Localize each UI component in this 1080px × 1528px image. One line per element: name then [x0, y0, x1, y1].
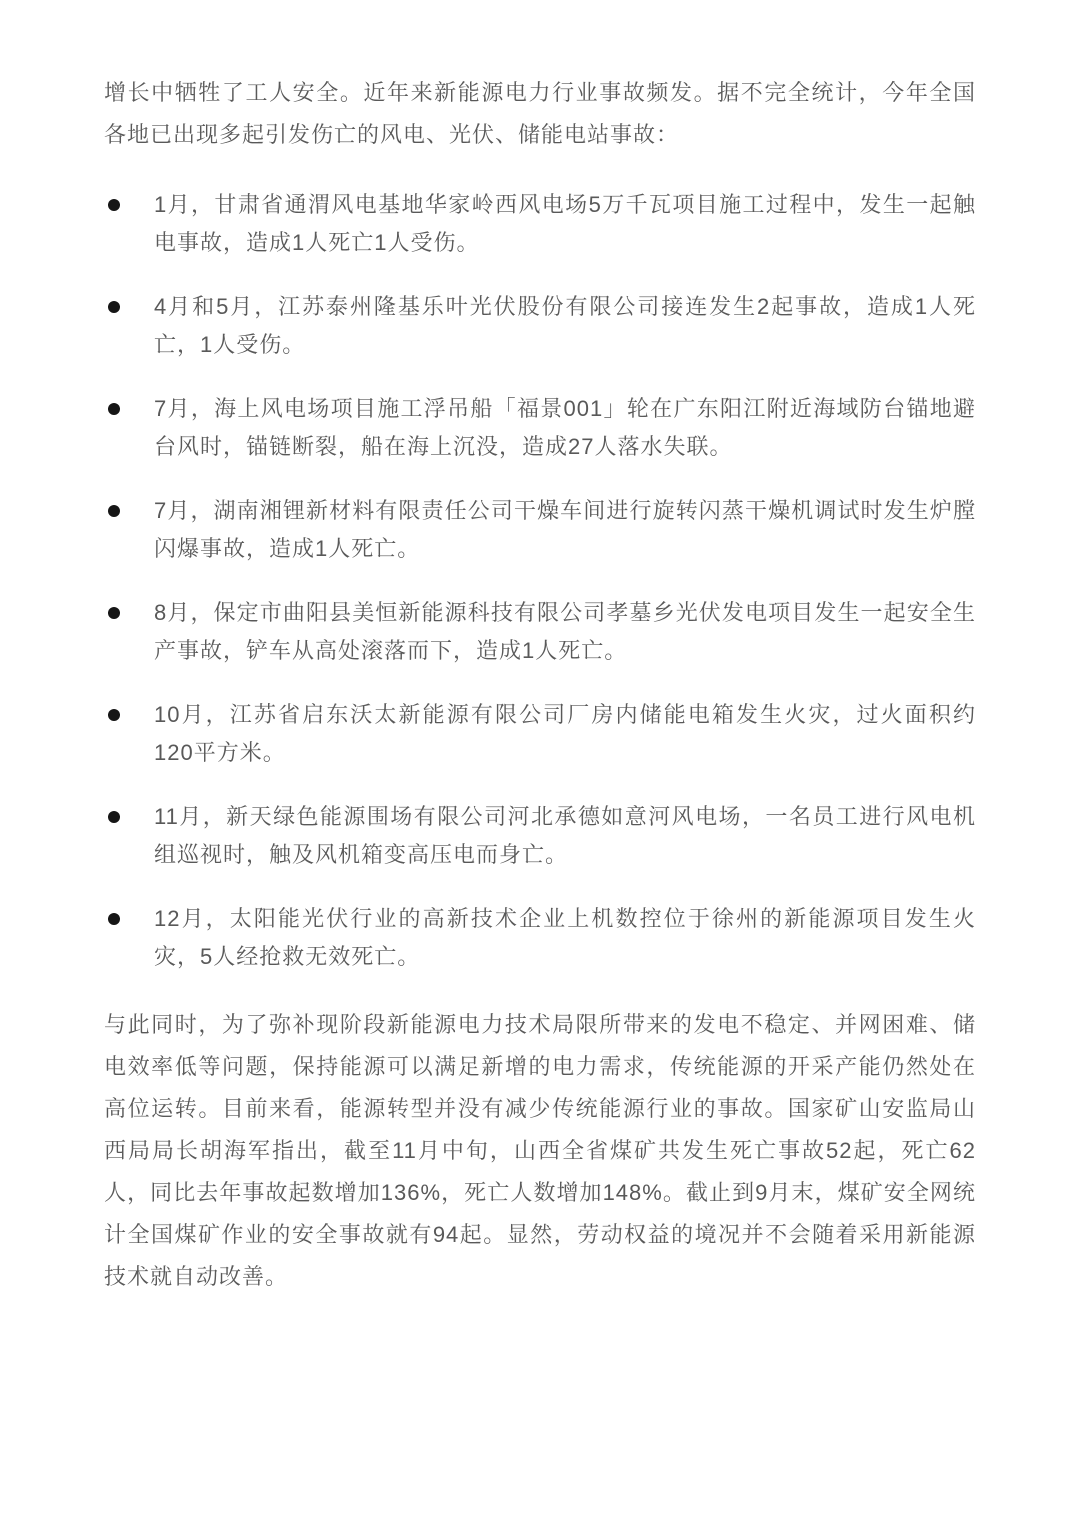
list-item: 8月，保定市曲阳县美恒新能源科技有限公司孝墓乡光伏发电项目发生一起安全生产事故，… — [104, 594, 976, 670]
closing-paragraph: 与此同时，为了弥补现阶段新能源电力技术局限所带来的发电不稳定、并网困难、储电效率… — [104, 1004, 976, 1298]
intro-paragraph: 增长中牺牲了工人安全。近年来新能源电力行业事故频发。据不完全统计，今年全国各地已… — [104, 72, 976, 156]
list-item: 12月，太阳能光伏行业的高新技术企业上机数控位于徐州的新能源项目发生火灾，5人经… — [104, 900, 976, 976]
list-item-text: 1月，甘肃省通渭风电基地华家岭西风电场5万千瓦项目施工过程中，发生一起触电事故，… — [154, 192, 976, 255]
bullet-dot-icon — [108, 301, 120, 313]
bullet-dot-icon — [108, 199, 120, 211]
list-item: 1月，甘肃省通渭风电基地华家岭西风电场5万千瓦项目施工过程中，发生一起触电事故，… — [104, 186, 976, 262]
list-item-text: 8月，保定市曲阳县美恒新能源科技有限公司孝墓乡光伏发电项目发生一起安全生产事故，… — [154, 600, 976, 663]
bullet-dot-icon — [108, 913, 120, 925]
list-item-text: 12月，太阳能光伏行业的高新技术企业上机数控位于徐州的新能源项目发生火灾，5人经… — [154, 906, 976, 969]
bullet-dot-icon — [108, 811, 120, 823]
document-page: 增长中牺牲了工人安全。近年来新能源电力行业事故频发。据不完全统计，今年全国各地已… — [0, 0, 1080, 1528]
bullet-dot-icon — [108, 607, 120, 619]
list-item: 11月，新天绿色能源围场有限公司河北承德如意河风电场，一名员工进行风电机组巡视时… — [104, 798, 976, 874]
bullet-dot-icon — [108, 505, 120, 517]
bullet-dot-icon — [108, 403, 120, 415]
list-item-text: 7月，湖南湘锂新材料有限责任公司干燥车间进行旋转闪蒸干燥机调试时发生炉膛闪爆事故… — [154, 498, 976, 561]
list-item-text: 7月，海上风电场项目施工浮吊船「福景001」轮在广东阳江附近海域防台锚地避台风时… — [154, 396, 976, 459]
list-item-text: 11月，新天绿色能源围场有限公司河北承德如意河风电场，一名员工进行风电机组巡视时… — [154, 804, 976, 867]
list-item: 4月和5月，江苏泰州隆基乐叶光伏股份有限公司接连发生2起事故，造成1人死亡，1人… — [104, 288, 976, 364]
list-item-text: 4月和5月，江苏泰州隆基乐叶光伏股份有限公司接连发生2起事故，造成1人死亡，1人… — [154, 294, 976, 357]
list-item-text: 10月，江苏省启东沃太新能源有限公司厂房内储能电箱发生火灾，过火面积约120平方… — [154, 702, 976, 765]
list-item: 7月，湖南湘锂新材料有限责任公司干燥车间进行旋转闪蒸干燥机调试时发生炉膛闪爆事故… — [104, 492, 976, 568]
list-item: 10月，江苏省启东沃太新能源有限公司厂房内储能电箱发生火灾，过火面积约120平方… — [104, 696, 976, 772]
incident-list: 1月，甘肃省通渭风电基地华家岭西风电场5万千瓦项目施工过程中，发生一起触电事故，… — [104, 186, 976, 976]
list-item: 7月，海上风电场项目施工浮吊船「福景001」轮在广东阳江附近海域防台锚地避台风时… — [104, 390, 976, 466]
bullet-dot-icon — [108, 709, 120, 721]
